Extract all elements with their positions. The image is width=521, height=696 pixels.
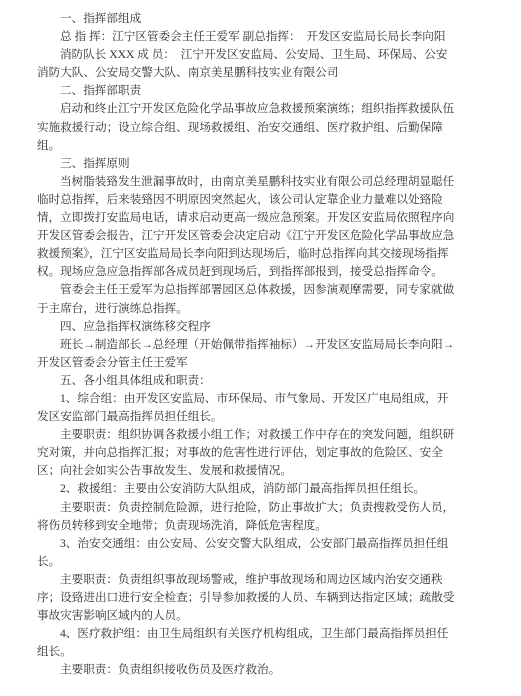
text-line: 事故灾害影响区域内的人员。 xyxy=(37,607,473,625)
text-line: 于主席台，进行演练总指挥。 xyxy=(37,300,473,318)
text-line: 总 指 挥：江宁区管委会主任王爱军 副总指挥： 开发区安监局长局长李向阳 xyxy=(37,28,473,46)
text-line: 主要职责：组织协调各救援小组工作；对救援工作中存在的突发问题，组织研 xyxy=(37,426,473,444)
text-line: 权。现场应急应急指挥部各成员赶到现场后，到指挥部报到，接受总指挥命令。 xyxy=(37,263,473,281)
text-line: 班长→制造部长→总经理（开始佩带指挥袖标）→开发区安监局局长李向阳→ xyxy=(37,336,473,354)
text-line: 主要职责：负责组织接收伤员及医疗救治。 xyxy=(37,661,473,679)
document-body: 一、指挥部组成总 指 挥：江宁区管委会主任王爱军 副总指挥： 开发区安监局长局长… xyxy=(37,10,473,679)
text-line: 主要职责：负责控制危险源，进行抢险，防止事故扩大；负责搜救受伤人员， xyxy=(37,499,473,517)
text-line: 2、救援组：主要由公安消防大队组成，消防部门最高指挥员担任组长。 xyxy=(37,480,473,498)
text-line: 3、治安交通组：由公安局、公安交警大队组成，公安部门最高指挥员担任组 xyxy=(37,535,473,553)
text-line: 开发区管委会报告，江宁开发区管委会决定启动《江宁开发区危险化学品事故应急 xyxy=(37,227,473,245)
text-line: 一、指挥部组成 xyxy=(37,10,473,28)
text-line: 发区安监部门最高指挥员担任组长。 xyxy=(37,408,473,426)
text-line: 组长。 xyxy=(37,643,473,661)
text-line: 1、综合组：由开发区安监局、市环保局、市气象局、开发区广电局组成，开 xyxy=(37,390,473,408)
text-line: 二、指挥部职责 xyxy=(37,82,473,100)
text-line: 救援预案》，江宁区安监局局长李向阳到达现场后，临时总指挥向其交接现场指挥 xyxy=(37,245,473,263)
text-line: 序；设臵进出口进行安全检查；引导参加救援的人员、车辆到达指定区域；疏散受 xyxy=(37,589,473,607)
text-line: 区；向社会如实公告事故发生、发展和救援情况。 xyxy=(37,462,473,480)
text-line: 实施救援行动；设立综合组、现场救援组、治安交通组、医疗救护组、后勤保障 xyxy=(37,119,473,137)
text-line: 五、各小组具体组成和职责： xyxy=(37,372,473,390)
text-line: 消防大队、公安局交警大队、南京美星鹏科技实业有限公司 xyxy=(37,64,473,82)
text-line: 究对策，并向总指挥汇报；对事故的危害性进行评估，划定事故的危险区、安全 xyxy=(37,444,473,462)
text-line: 启动和终止江宁开发区危险化学品事故应急救援预案演练；组织指挥救援队伍 xyxy=(37,100,473,118)
text-line: 主要职责：负责组织事故现场警戒，维护事故现场和周边区域内治安交通秩 xyxy=(37,571,473,589)
text-line: 开发区管委会分管主任王爱军 xyxy=(37,354,473,372)
text-line: 三、指挥原则 xyxy=(37,155,473,173)
text-line: 将伤员转移到安全地带；负责现场洗消，降低危害程度。 xyxy=(37,517,473,535)
document-page: 一、指挥部组成总 指 挥：江宁区管委会主任王爱军 副总指挥： 开发区安监局长局长… xyxy=(0,0,521,696)
text-line: 消防队长 XXX 成 员： 江宁开发区安监局、公安局、卫生局、环保局、公安 xyxy=(37,46,473,64)
text-line: 四、应急指挥权演练移交程序 xyxy=(37,318,473,336)
text-line: 组。 xyxy=(37,137,473,155)
text-line: 管委会主任王爱军为总指挥部署园区总体救援，因参演观摩需要，同专家就做 xyxy=(37,281,473,299)
text-line: 4、医疗救护组：由卫生局组织有关医疗机构组成，卫生部门最高指挥员担任 xyxy=(37,625,473,643)
text-line: 临时总指挥，后来装臵因不明原因突然起火，该公司认定靠企业力量难以处臵险 xyxy=(37,191,473,209)
text-line: 长。 xyxy=(37,553,473,571)
text-line: 情，立即拨打安监局电话，请求启动更高一级应急预案。开发区安监局依照程序向 xyxy=(37,209,473,227)
text-line: 当树脂装臵发生泄漏事故时，由南京美星鹏科技实业有限公司总经理胡显聪任 xyxy=(37,173,473,191)
